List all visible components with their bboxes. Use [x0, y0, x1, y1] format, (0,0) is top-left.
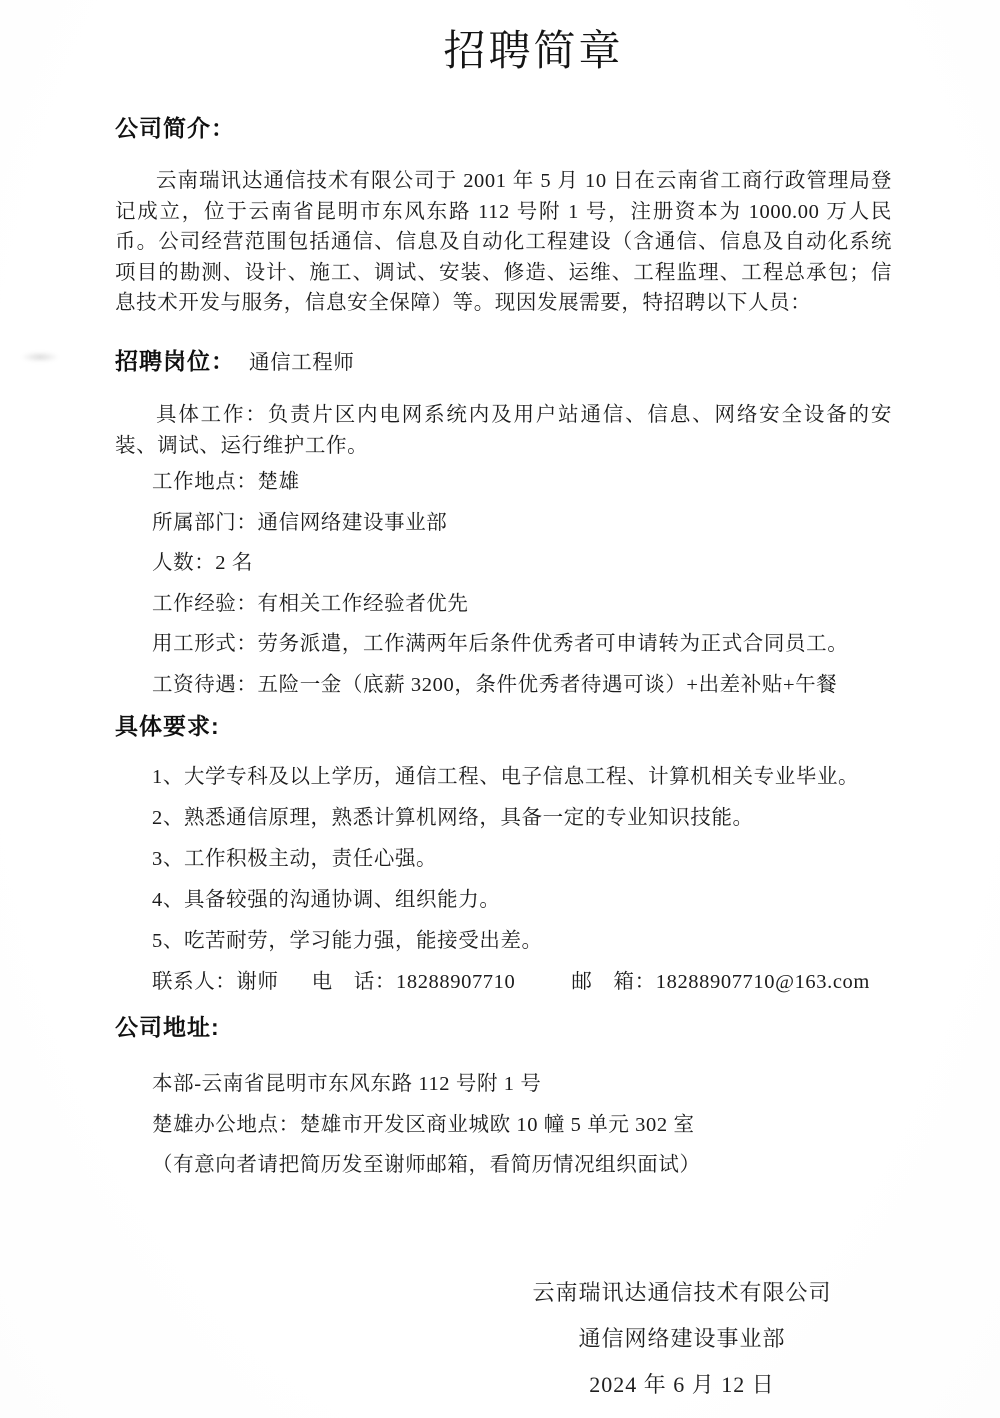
address-line: 本部-云南省昆明市东风东路 112 号附 1 号	[152, 1069, 892, 1099]
contact-phone: 电 话：18288907710	[312, 967, 516, 997]
address-line: 楚雄办公地点：楚雄市开发区商业城欧 10 幢 5 单元 302 室	[152, 1110, 892, 1140]
section-heading-requirements: 具体要求:	[115, 710, 892, 742]
requirement-item: 3、工作积极主动，责任心强。	[152, 844, 892, 874]
section-heading-company-intro: 公司简介：	[115, 112, 892, 144]
requirements-list: 1、大学专科及以上学历，通信工程、电子信息工程、计算机相关专业毕业。2、熟悉通信…	[115, 762, 892, 956]
scan-smudge-artifact	[22, 352, 58, 362]
document-title: 招聘简章	[175, 26, 892, 78]
address-list: 本部-云南省昆明市东风东路 112 号附 1 号楚雄办公地点：楚雄市开发区商业城…	[115, 1069, 892, 1180]
address-line: （有意向者请把简历发至谢师邮箱，看简历情况组织面试）	[152, 1150, 892, 1180]
position-detail-item: 人数：2 名	[152, 548, 892, 578]
signature-department: 通信网络建设事业部	[472, 1316, 892, 1362]
position-detail-item: 工作地点：楚雄	[152, 467, 892, 497]
position-value: 通信工程师	[249, 348, 355, 379]
document-page: 招聘简章 公司简介： 云南瑞讯达通信技术有限公司于 2001 年 5 月 10 …	[0, 0, 1000, 1418]
position-detail-item: 工作经验：有相关工作经验者优先	[152, 589, 892, 619]
requirement-item: 1、大学专科及以上学历，通信工程、电子信息工程、计算机相关专业毕业。	[152, 762, 892, 792]
contact-line: 联系人：谢师 电 话：18288907710 邮 箱：18288907710@1…	[115, 967, 892, 997]
position-detail-item: 所属部门：通信网络建设事业部	[152, 508, 892, 538]
position-detail-item: 工资待遇：五险一金（底薪 3200，条件优秀者待遇可谈）+出差补贴+午餐	[152, 670, 892, 700]
signature-block: 云南瑞讯达通信技术有限公司 通信网络建设事业部 2024 年 6 月 12 日	[472, 1270, 892, 1408]
signature-date: 2024 年 6 月 12 日	[472, 1362, 892, 1408]
signature-company-name: 云南瑞讯达通信技术有限公司	[472, 1270, 892, 1316]
requirement-item: 4、具备较强的沟通协调、组织能力。	[152, 885, 892, 915]
section-heading-address: 公司地址:	[115, 1011, 892, 1043]
requirement-item: 2、熟悉通信原理，熟悉计算机网络，具备一定的专业知识技能。	[152, 803, 892, 833]
contact-person: 联系人：谢师	[152, 967, 279, 997]
position-detail-list: 工作地点：楚雄所属部门：通信网络建设事业部人数：2 名工作经验：有相关工作经验者…	[115, 467, 892, 700]
job-description-paragraph: 具体工作：负责片区内电网系统内及用户站通信、信息、网络安全设备的安装、调试、运行…	[115, 400, 892, 461]
requirement-item: 5、吃苦耐劳，学习能力强，能接受出差。	[152, 926, 892, 956]
position-line: 招聘岗位： 通信工程师	[115, 343, 892, 379]
company-intro-paragraph: 云南瑞讯达通信技术有限公司于 2001 年 5 月 10 日在云南省工商行政管理…	[115, 166, 892, 319]
section-heading-position: 招聘岗位：	[115, 343, 235, 376]
contact-email: 邮 箱：18288907710@163.com	[571, 967, 870, 997]
position-detail-item: 用工形式：劳务派遣，工作满两年后条件优秀者可申请转为正式合同员工。	[152, 629, 892, 659]
